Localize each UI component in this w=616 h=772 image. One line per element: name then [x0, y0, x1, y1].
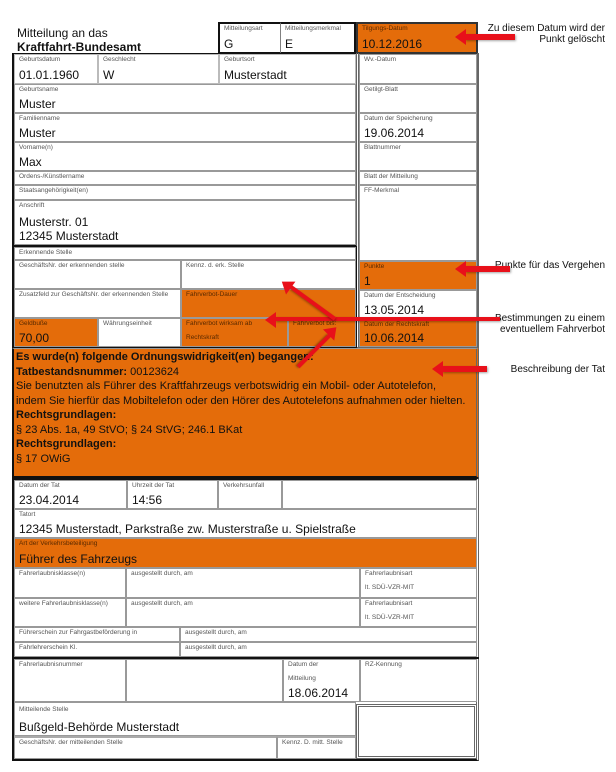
- ordensname-field[interactable]: Ordens-/Künstlername: [14, 171, 356, 185]
- tat-heading: Es wurde(n) folgende Ordnungswidrigkeit(…: [16, 351, 314, 363]
- beteiligung-value: Führer des Fahrzeugs: [19, 552, 137, 566]
- fahrerlaubnisart-field[interactable]: Fahrerlaubnisart lt. SDÜ-VZR-MIT: [360, 568, 477, 598]
- geschlecht-value: W: [103, 68, 114, 82]
- rechtsgrundlagen1-label: Rechtsgrundlagen:: [16, 409, 116, 421]
- fahrerlaubnisklasse-label: Fahrerlaubnisklasse(n): [19, 570, 85, 577]
- blatt-mitteilung-field[interactable]: Blatt der Mitteilung: [359, 171, 477, 185]
- familienname-label: Familienname: [19, 115, 60, 122]
- datum-entscheidung-field[interactable]: Datum der Entscheidung 13.05.2014: [359, 290, 477, 319]
- verkehrsunfall-label: Verkehrsunfall: [223, 482, 264, 489]
- staatsangehoerigkeit-field[interactable]: Staatsangehörigkeit(en): [14, 185, 356, 200]
- fahrlehrer-ausgestellt-label: ausgestellt durch, am: [185, 644, 247, 651]
- fahrerlaubnisnummer-label: Fahrerlaubnisnummer: [19, 661, 83, 668]
- kennz-mitteilend-field[interactable]: Kennz. D. mitt. Stelle: [277, 736, 356, 759]
- punkte-label: Punkte: [364, 263, 384, 270]
- familienname-value: Muster: [19, 126, 56, 140]
- mitteilungsmerkmal-label: Mitteilungsmerkmal: [285, 25, 341, 32]
- anschrift-field[interactable]: Anschrift Musterstr. 01 12345 Musterstad…: [14, 200, 356, 245]
- datum-rechtskraft-label: Datum der Rechtskraft: [364, 321, 429, 328]
- uhrzeit-tat-value: 14:56: [132, 493, 162, 507]
- weitere-fahrerlaubnisart-field[interactable]: Fahrerlaubnisart lt. SDÜ-VZR-MIT: [360, 598, 477, 627]
- ff-merkmal-field[interactable]: FF-Merkmal: [359, 185, 477, 261]
- zusatzfeld-field[interactable]: Zusatzfeld zur GeschäftsNr. der erkennen…: [14, 289, 181, 318]
- getilgt-blatt-label: Getilgt-Blatt: [364, 86, 398, 93]
- kennz-erkennend-field[interactable]: Kennz. d. erk. Stelle: [181, 260, 356, 289]
- familienname-field[interactable]: Familienname Muster: [14, 113, 356, 142]
- geschlecht-label: Geschlecht: [103, 56, 136, 63]
- tatort-value: 12345 Musterstadt, Parkstraße zw. Muster…: [19, 522, 356, 536]
- datum-entscheidung-value: 13.05.2014: [364, 303, 424, 317]
- mitteilende-stelle-value: Bußgeld-Behörde Musterstadt: [19, 720, 179, 734]
- weitere-fahrerlaubnisklasse-field[interactable]: weitere Fahrerlaubnisklasse(n): [14, 598, 126, 627]
- beteiligung-label: Art der Verkehrsbeteiligung: [19, 540, 97, 547]
- datum-speicherung-label: Datum der Speicherung: [364, 115, 433, 122]
- header-line1: Mitteilung an das: [17, 26, 108, 40]
- geburtsdatum-label: Geburtsdatum: [19, 56, 60, 63]
- ff-merkmal-label: FF-Merkmal: [364, 187, 399, 194]
- verkehrsunfall-value-field[interactable]: [282, 480, 477, 509]
- fahrgast-ausgestellt-field[interactable]: ausgestellt durch, am: [180, 627, 477, 642]
- fahrgast-field[interactable]: Führerschein zur Fahrgastbeförderung in: [14, 627, 180, 642]
- tat-text: Sie benutzten als Führer des Kraftfahrze…: [16, 379, 466, 408]
- fahrerlaubnisnummer-value-field[interactable]: [126, 659, 283, 702]
- rechtsgrundlagen1-value: § 23 Abs. 1a, 49 StVO; § 24 StVG; 246.1 …: [16, 423, 466, 438]
- geschaeftsnr-mitteilend-field[interactable]: GeschäftsNr. der mitteilenden Stelle: [14, 736, 277, 759]
- staatsangehoerigkeit-label: Staatsangehörigkeit(en): [19, 187, 88, 194]
- geschlecht-field[interactable]: Geschlecht W: [98, 54, 219, 84]
- tatbestand-label: Tatbestandsnummer:: [16, 366, 127, 378]
- geschaeftsnr-erkennend-label: GeschäftsNr. der erkennenden stelle: [19, 262, 125, 269]
- mitteilungsart-value: G: [224, 37, 233, 51]
- mitteilende-stelle-label: Mitteilende Stelle: [19, 706, 69, 713]
- getilgt-blatt-field[interactable]: Getilgt-Blatt: [359, 84, 477, 113]
- mitteilende-stelle-field[interactable]: Mitteilende Stelle Bußgeld-Behörde Muste…: [14, 702, 356, 736]
- beteiligung-field[interactable]: Art der Verkehrsbeteiligung Führer des F…: [14, 538, 477, 568]
- kennz-mitteilend-label: Kennz. D. mitt. Stelle: [282, 739, 343, 746]
- annotation-fahrverbot-line2: eventuellem Fahrverbot: [470, 324, 605, 335]
- datum-mitteilung-label1: Datum der: [288, 661, 318, 668]
- tatort-field[interactable]: Tatort 12345 Musterstadt, Parkstraße zw.…: [14, 509, 477, 538]
- geschaeftsnr-erkennend-field[interactable]: GeschäftsNr. der erkennenden stelle: [14, 260, 181, 289]
- geburtsort-field[interactable]: Geburtsort Musterstadt: [219, 54, 356, 84]
- datum-tat-field[interactable]: Datum der Tat 23.04.2014: [14, 480, 127, 509]
- header-title: Kraftfahrt-Bundesamt: [17, 40, 141, 54]
- fahrverbot-ab-label: Fahrverbot wirksam ab: [186, 320, 252, 327]
- geburtsname-field[interactable]: Geburtsname Muster: [14, 84, 356, 113]
- fahrerlaubnisklasse-ausgestellt-label: ausgestellt durch, am: [131, 570, 193, 577]
- zusatzfeld-label: Zusatzfeld zur GeschäftsNr. der erkennen…: [19, 291, 168, 298]
- erkennende-stelle-title: Erkennende Stelle: [14, 247, 356, 260]
- waehrung-field[interactable]: Währungseinheit: [98, 318, 181, 347]
- geburtsdatum-value: 01.01.1960: [19, 68, 79, 82]
- weitere-fahrerlaubnisklasse-label: weitere Fahrerlaubnisklasse(n): [19, 600, 108, 607]
- stamp-box[interactable]: [356, 704, 477, 759]
- anschrift-line1: Musterstr. 01: [19, 215, 88, 229]
- anschrift-label: Anschrift: [19, 202, 44, 209]
- datum-tat-value: 23.04.2014: [19, 493, 79, 507]
- fahrverbot-dauer-label: Fahrverbot-Dauer: [186, 291, 237, 298]
- geburtsname-value: Muster: [19, 97, 56, 111]
- fahrlehrer-ausgestellt-field[interactable]: ausgestellt durch, am: [180, 642, 477, 657]
- mitteilungsart-field[interactable]: Mitteilungsart G: [218, 22, 281, 54]
- datum-speicherung-value: 19.06.2014: [364, 126, 424, 140]
- datum-rechtskraft-field[interactable]: Datum der Rechtskraft 10.06.2014: [359, 319, 477, 347]
- fahrlehrer-field[interactable]: Fahrlehrerschein Kl.: [14, 642, 180, 657]
- fahrgast-label: Führerschein zur Fahrgastbeförderung in: [19, 629, 137, 636]
- arrow-icon: [442, 366, 487, 372]
- vorname-label: Vorname(n): [19, 144, 53, 151]
- verkehrsunfall-field[interactable]: Verkehrsunfall: [218, 480, 282, 509]
- tatort-label: Tatort: [19, 511, 35, 518]
- wv-datum-label: Wv.-Datum: [364, 56, 396, 63]
- fahrlehrer-label: Fahrlehrerschein Kl.: [19, 644, 77, 651]
- vorname-field[interactable]: Vorname(n) Max: [14, 142, 356, 171]
- anschrift-line2: 12345 Musterstadt: [19, 229, 118, 243]
- datum-mitteilung-label2: Mitteilung: [288, 675, 316, 682]
- datum-mitteilung-field[interactable]: Datum der Mitteilung 18.06.2014: [283, 659, 360, 702]
- datum-tat-label: Datum der Tat: [19, 482, 60, 489]
- rz-kennung-field[interactable]: RZ-Kennung: [360, 659, 477, 702]
- datum-entscheidung-label: Datum der Entscheidung: [364, 292, 436, 299]
- rz-kennung-label: RZ-Kennung: [365, 661, 402, 668]
- fahrerlaubnisklasse-ausgestellt-field[interactable]: ausgestellt durch, am: [126, 568, 360, 598]
- datum-speicherung-field[interactable]: Datum der Speicherung 19.06.2014: [359, 113, 477, 142]
- mitteilungsart-label: Mitteilungsart: [224, 25, 263, 32]
- datum-mitteilung-value: 18.06.2014: [288, 686, 348, 700]
- punkte-value: 1: [364, 274, 371, 288]
- kennz-erkennend-label: Kennz. d. erk. Stelle: [186, 262, 244, 269]
- waehrung-label: Währungseinheit: [103, 320, 152, 327]
- arrow-icon: [465, 34, 515, 40]
- fahrverbot-ab-value: Rechtskraft: [186, 334, 219, 341]
- weitere-ausgestellt-field[interactable]: ausgestellt durch, am: [126, 598, 360, 627]
- wv-datum-field[interactable]: Wv.-Datum: [359, 54, 477, 84]
- blattnummer-field[interactable]: Blattnummer: [359, 142, 477, 171]
- geburtsort-value: Musterstadt: [224, 68, 287, 82]
- geburtsdatum-field[interactable]: Geburtsdatum 01.01.1960: [14, 54, 98, 84]
- weitere-fahrerlaubnisart-label: Fahrerlaubnisart: [365, 600, 412, 607]
- rechtsgrundlagen2-label: Rechtsgrundlagen:: [16, 438, 116, 450]
- uhrzeit-tat-field[interactable]: Uhrzeit der Tat 14:56: [127, 480, 218, 509]
- mitteilungsmerkmal-field[interactable]: Mitteilungsmerkmal E: [281, 22, 356, 54]
- weitere-fahrerlaubnisart-sub: lt. SDÜ-VZR-MIT: [365, 614, 414, 621]
- annotation-tilgung-line1: Zu diesem Datum wird der: [470, 23, 605, 34]
- tilgungsdatum-value: 10.12.2016: [362, 37, 422, 51]
- fahrerlaubnisart-label: Fahrerlaubnisart: [365, 570, 412, 577]
- blattnummer-label: Blattnummer: [364, 144, 401, 151]
- arrow-icon: [465, 266, 510, 272]
- geldbusse-field[interactable]: Geldbuße 70,00: [14, 318, 98, 347]
- geburtsname-label: Geburtsname: [19, 86, 58, 93]
- weitere-ausgestellt-label: ausgestellt durch, am: [131, 600, 193, 607]
- fahrgast-ausgestellt-label: ausgestellt durch, am: [185, 629, 247, 636]
- uhrzeit-tat-label: Uhrzeit der Tat: [132, 482, 174, 489]
- rechtsgrundlagen2-value: § 17 OWiG: [16, 452, 466, 467]
- arrow-icon: [275, 317, 500, 321]
- geschaeftsnr-mitteilend-label: GeschäftsNr. der mitteilenden Stelle: [19, 739, 123, 746]
- datum-rechtskraft-value: 10.06.2014: [364, 331, 424, 345]
- ordensname-label: Ordens-/Künstlername: [19, 173, 84, 180]
- tatbestand-value: 00123624: [130, 366, 179, 378]
- annotation-tat: Beschreibung der Tat: [470, 364, 605, 375]
- tilgungsdatum-label: Tilgungs-Datum: [362, 25, 408, 32]
- geldbusse-value: 70,00: [19, 331, 49, 345]
- vorname-value: Max: [19, 155, 42, 169]
- geldbusse-label: Geldbuße: [19, 320, 48, 327]
- fahrerlaubnisart-sub: lt. SDÜ-VZR-MIT: [365, 584, 414, 591]
- fahrerlaubnisnummer-field[interactable]: Fahrerlaubnisnummer: [14, 659, 126, 702]
- tat-description: Es wurde(n) folgende Ordnungswidrigkeit(…: [16, 350, 466, 466]
- mitteilungsmerkmal-value: E: [285, 37, 293, 51]
- blatt-mitteilung-label: Blatt der Mitteilung: [364, 173, 418, 180]
- fahrerlaubnisklasse-field[interactable]: Fahrerlaubnisklasse(n): [14, 568, 126, 598]
- geburtsort-label: Geburtsort: [224, 56, 255, 63]
- erkennende-stelle-label: Erkennende Stelle: [19, 249, 72, 256]
